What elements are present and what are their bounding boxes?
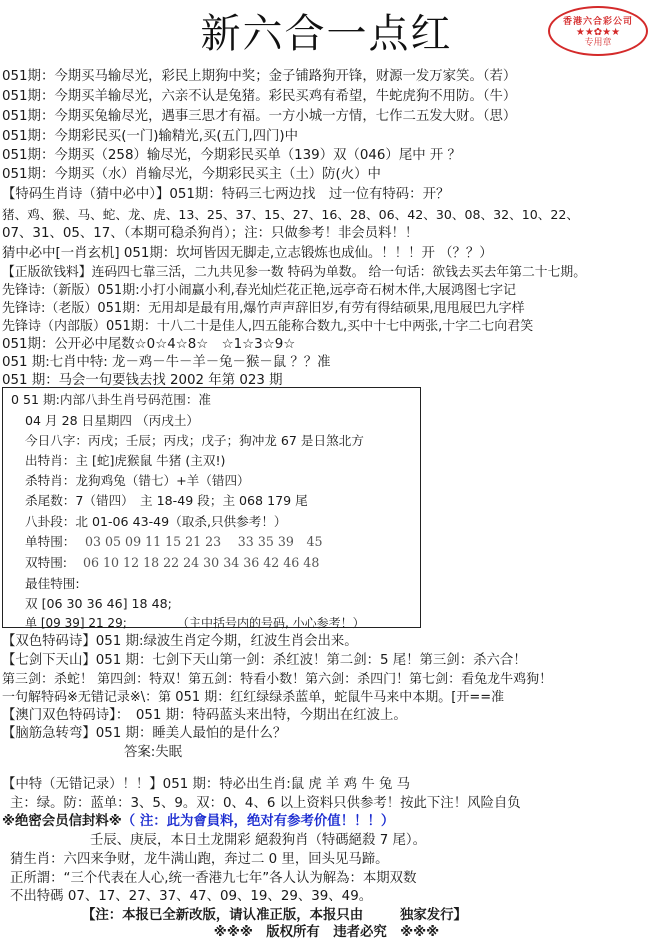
bagua-date: 04 月 28 日星期四 （丙戌土） — [25, 412, 199, 430]
member-line4: 不出特碼 07、17、27、37、47、09、19、29、39、49。 — [10, 888, 372, 906]
best-odd: 单 [09 39] 21 29; — [25, 614, 127, 632]
prediction-line: 051期：今期彩民买(一门)输精光,买(五门,四门)中 — [2, 128, 298, 146]
xianfeng-inner: 先锋诗（内部版）051期：十八二十是佳人,四五能称合数九,买中十七中两张,十字二… — [2, 318, 533, 336]
member-note: （ 注：此为會員料，绝对有参考价值！！！） — [122, 814, 394, 829]
member-line2: 猜生肖：六四来争财，龙牛满山跑，奔过二 0 里，回头见马蹄。 — [10, 851, 389, 869]
bagua-box: 0 51 期:内部八卦生肖号码范围：准 04 月 28 日星期四 （丙戌土） 今… — [2, 387, 421, 628]
poem-heading: 【特码生肖诗（猜中必中）】051期：特码三七两边找 过一位有特码：开？ — [2, 186, 449, 204]
double-color-poem: 【双色特码诗】051 期:绿波生肖定今期，红波生肖会出来。 — [2, 633, 358, 651]
company-stamp: 香港六合彩公司 ★★✿★★ 专用章 — [548, 6, 648, 56]
brain-teaser-answer: 答案:失眠 — [124, 744, 182, 762]
zhengban-line: 【正版欲钱料】连码四七靠三活，二九共见参一数 特码为单数。 给一句话：欲钱去买去… — [2, 264, 586, 282]
stamp-top-text: 香港六合彩公司 — [550, 14, 646, 27]
best-label: 最佳特围: — [25, 575, 80, 593]
footer-notice-left: 【注：本报已全新改版，请认准正版，本报只由 — [82, 907, 363, 925]
prediction-line: 051期：今期买兔输尽光，遇事三思才有福。一方小城一方情，七作二五发大财。（思） — [2, 108, 516, 126]
member-line: ※绝密会员信封料※（ 注：此为會員料，绝对有参考价值！！！） — [2, 813, 394, 831]
member-line1: 壬辰、庚辰，本日土龙開彩 絕殺狗肖（特碼絕殺 7 尾）。 — [90, 832, 426, 850]
odd-numbers: 03 05 09 11 15 21 23 33 35 39 45 — [85, 533, 323, 551]
riddle-line: 猜中必中[一肖玄机] 051期：坎坷皆因无脚走,立志锻炼也成仙。！！！开 （？？… — [2, 245, 493, 263]
one-phrase-line: 一句解特码※无错记录※\：第 051 期：红红绿绿杀蓝单，蛇鼠牛马来中本期。[开… — [2, 689, 504, 707]
zodiac-number-list: 猪、鸡、猴、马、蛇、龙、虎、13、25、37、15、27、16、28、06、42… — [2, 206, 579, 224]
macau-poem: 【澳门双色特码诗】： 051 期：特码蓝头来出特，今期出在红波上。 — [2, 707, 407, 725]
bagua-kill-tail: 杀尾数：7（错四） 主 18-49 段；主 068 179 尾 — [25, 492, 308, 510]
prediction-line: 051期：今期买羊输尽光，六亲不认是兔猪。彩民买鸡有希望，牛蛇虎狗不用防。（牛） — [2, 88, 516, 106]
member-prefix: ※绝密会员信封料※ — [2, 814, 122, 829]
footer-notice-right: 独家发行】 — [400, 907, 467, 925]
zhongte-line1: 【中特（无错记录）！！】051 期：特必出生肖:鼠 虎 羊 鸡 牛 兔 马 — [2, 776, 410, 794]
bagua-note: （主中括号内的号码, 小心参考！） — [177, 614, 365, 632]
seven-zodiac-line: 051 期:七肖中特: 龙－鸡－牛－羊－兔－猴－鼠 ？？准 — [2, 354, 331, 372]
tail-numbers: 051期：公开必中尾数☆0☆4☆8☆ ☆1☆3☆9☆ — [2, 336, 295, 354]
xianfeng-new: 先锋诗:（新版）051期:小打小闹赢小利,春光灿烂花正艳,远亭奇石树木伴,大展鸿… — [2, 282, 516, 300]
prediction-line: 051期：今期买（258）输尽光，今期彩民买单（139）双（046）尾中 开 ？ — [2, 147, 461, 165]
even-label: 双特围: — [25, 554, 67, 572]
brain-teaser: 【脑筋急转弯】051 期：睡美人最怕的是什么？ — [2, 725, 286, 743]
zodiac-number-list-cont: 07、31、05、17、（本期可稳杀狗肖）；注：只做参考！非会员料！！ — [2, 225, 418, 243]
seven-swords-1: 【七剑下天山】051 期：七剑下天山第一剑：杀红波！第二剑：5 尾！第三剑：杀六… — [2, 652, 527, 670]
stamp-stars-icon: ★★✿★★ — [550, 27, 646, 38]
best-even: 双 [06 30 36 46] 18 48; — [25, 595, 172, 613]
prediction-line: 051期：今期买马输尽光，彩民上期狗中奖；金子铺路狗开锋，财源一发万家笑。（若） — [2, 68, 516, 86]
footer-copyright: ※※※ 版权所有 违者必究 ※※※ — [0, 924, 653, 940]
bagua-out-zodiac: 出特肖：主 [蛇]虎猴鼠 牛猪 (主双!) — [25, 452, 225, 470]
seven-swords-2: 第三剑：杀蛇！ 第四剑：特双！第五剑：特看小数！第六剑：杀四门！第七剑：看兔龙牛… — [2, 671, 552, 689]
bagua-kill-zodiac: 杀特肖：龙狗鸡兔（错七）+羊（错四） — [25, 472, 250, 490]
bagua-bazi: 今日八字：丙戌；壬辰；丙戌；戊子；狗冲龙 67 是日煞北方 — [25, 432, 364, 450]
even-numbers: 06 10 12 18 22 24 30 34 36 42 46 48 — [83, 554, 319, 572]
prediction-line: 051期：今期买（水）肖输尽光，今期彩民买主（土）防(火）中 — [2, 166, 381, 184]
xianfeng-old: 先锋诗:（老版）051期：无用却是最有用,爆竹声声辞旧岁,有劳有得结硕果,甩甩屐… — [2, 300, 525, 318]
bagua-range: 八卦段：北 01-06 43-49（取杀,只供参考！） — [25, 513, 287, 531]
odd-label: 单特围： — [25, 533, 75, 551]
bagua-heading: 0 51 期:内部八卦生肖号码范围：准 — [11, 391, 211, 409]
stamp-bottom-text: 专用章 — [550, 38, 646, 48]
member-line3: 正所謂：“三个代表在人心,统一香港九七年”各人认为解為：本期双数 — [10, 870, 416, 888]
zhongte-line2: 主：绿。防：蓝单：3、5、9。双：0、4、6 以上资料只供参考！按此下注！风险自… — [10, 795, 521, 813]
